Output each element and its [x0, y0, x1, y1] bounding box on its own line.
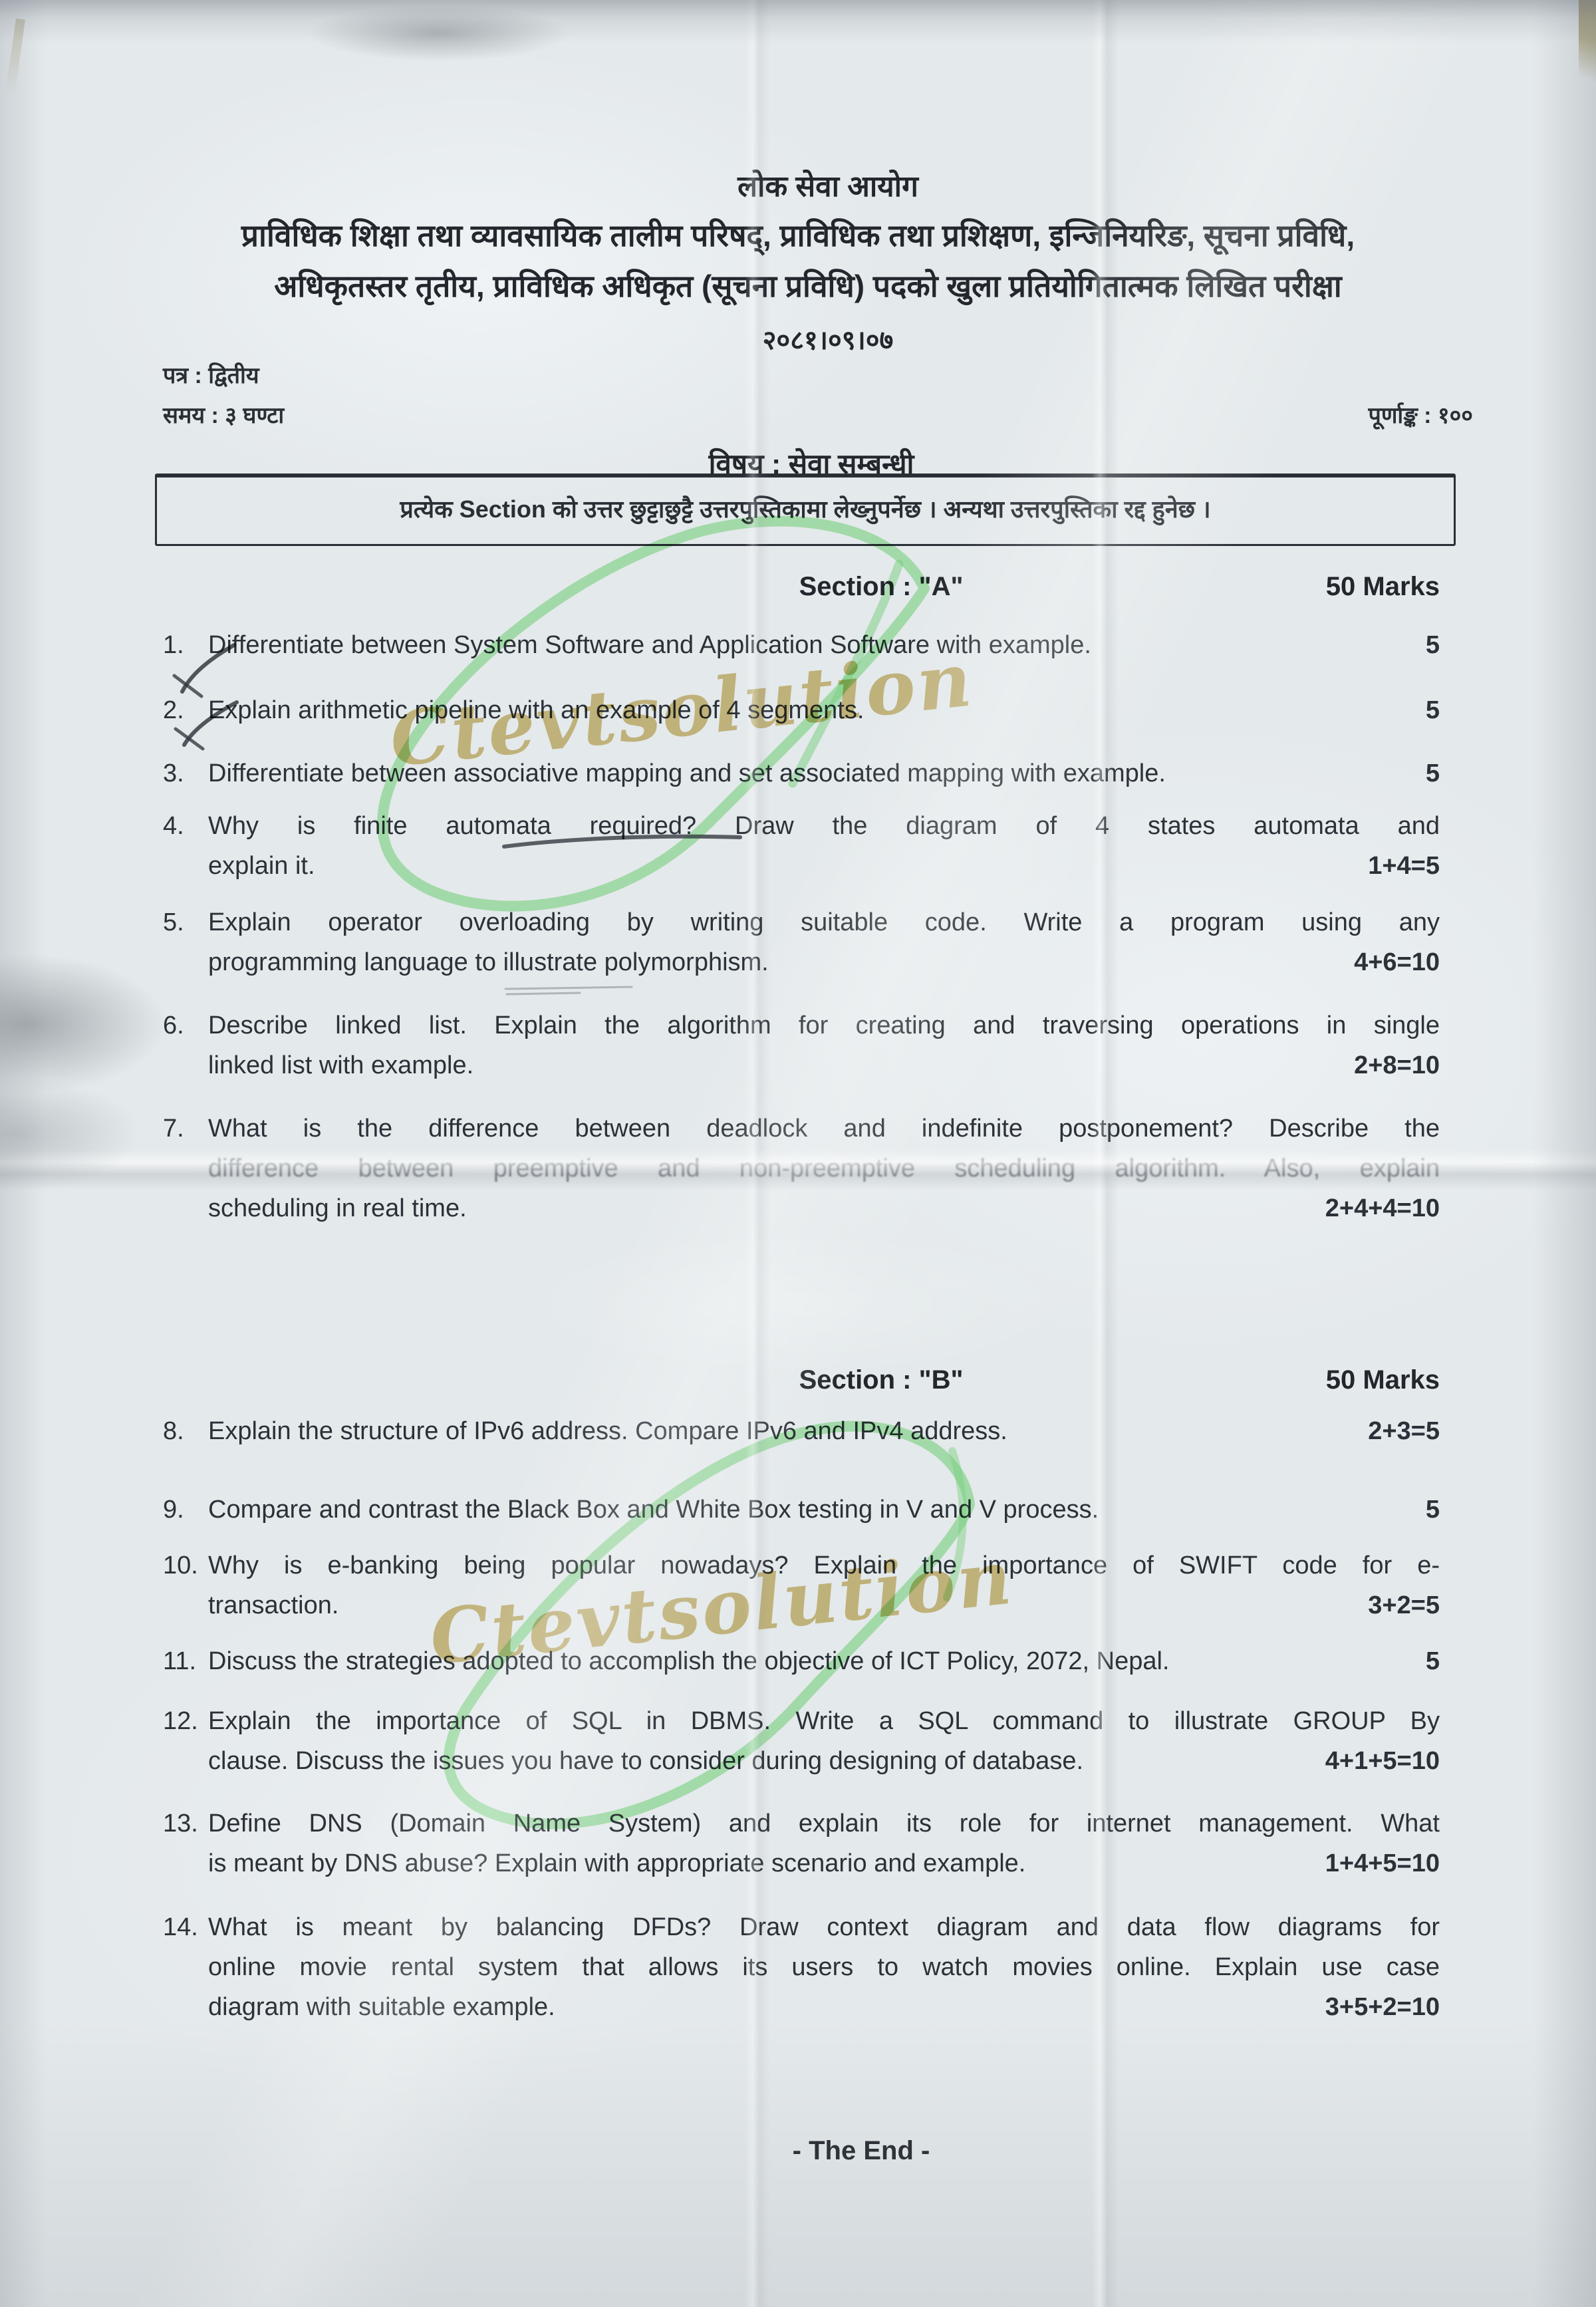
- question-text-line: What is meant by balancing DFDs? Draw co…: [208, 1907, 1440, 1947]
- question-1: 1. Differentiate between System Software…: [163, 625, 1440, 665]
- exam-paper-page: लोक सेवा आयोग प्राविधिक शिक्षा तथा व्याव…: [0, 0, 1596, 2307]
- question-text-line: difference between preemptive and non-pr…: [208, 1149, 1440, 1188]
- exam-body-line: प्राविधिक शिक्षा तथा व्यावसायिक तालीम पर…: [0, 214, 1596, 255]
- question-number: 4.: [163, 806, 184, 846]
- question-number: 6.: [163, 1006, 184, 1045]
- question-text-line: linked list with example.: [208, 1045, 1440, 1085]
- question-text-line: Define DNS (Domain Name System) and expl…: [208, 1804, 1440, 1843]
- question-text-line: Differentiate between associative mappin…: [208, 753, 1440, 793]
- section-b-title: Section : "B": [163, 1360, 1440, 1400]
- full-marks-label: पूर्णाङ्क : १००: [1369, 399, 1473, 430]
- question-9: 9. Compare and contrast the Black Box an…: [163, 1490, 1440, 1530]
- paper-number-label: पत्र : द्वितीय: [163, 359, 259, 390]
- question-text-line: Differentiate between System Software an…: [208, 625, 1440, 665]
- question-text-line: is meant by DNS abuse? Explain with appr…: [208, 1843, 1440, 1883]
- section-a-title: Section : "A": [163, 567, 1440, 607]
- exam-date: २०८१।०९।०७: [0, 321, 1596, 357]
- section-a-header: Section : "A" 50 Marks: [163, 567, 1440, 607]
- instruction-box: प्रत्येक Section को उत्तर छुट्टाछुट्टै उ…: [155, 474, 1456, 546]
- question-text-line: programming language to illustrate polym…: [208, 942, 1440, 982]
- question-3: 3. Differentiate between associative map…: [163, 753, 1440, 793]
- question-marks: 4+6=10: [1354, 942, 1440, 982]
- question-8: 8. Explain the structure of IPv6 address…: [163, 1411, 1440, 1451]
- question-marks: 1+4=5: [1368, 846, 1440, 886]
- paper-corner-shadow: [5, 19, 25, 96]
- question-11: 11. Discuss the strategies adopted to ac…: [163, 1641, 1440, 1681]
- question-marks: 4+1+5=10: [1325, 1741, 1440, 1781]
- question-text-line: scheduling in real time.: [208, 1188, 1440, 1228]
- instruction-pre: प्रत्येक: [400, 495, 459, 523]
- question-number: 14.: [163, 1907, 198, 1947]
- question-text-line: Explain arithmetic pipeline with an exam…: [208, 690, 1440, 730]
- question-number: 10.: [163, 1546, 198, 1585]
- question-13: 13. Define DNS (Domain Name System) and …: [163, 1804, 1440, 1883]
- question-number: 9.: [163, 1490, 184, 1530]
- question-text-line: Explain the importance of SQL in DBMS. W…: [208, 1701, 1440, 1741]
- question-number: 13.: [163, 1804, 198, 1843]
- pen-check-mark: [176, 729, 203, 749]
- question-text-line: Discuss the strategies adopted to accomp…: [208, 1641, 1440, 1681]
- question-marks: 5: [1426, 753, 1440, 793]
- question-number: 12.: [163, 1701, 198, 1741]
- question-text-line: Describe linked list. Explain the algori…: [208, 1006, 1440, 1045]
- question-12: 12. Explain the importance of SQL in DBM…: [163, 1701, 1440, 1781]
- paper-corner-shadow: [1579, 0, 1596, 100]
- question-marks: 5: [1426, 1641, 1440, 1681]
- the-end-label: - The End -: [0, 2136, 1596, 2166]
- question-10: 10. Why is e-banking being popular nowad…: [163, 1546, 1440, 1625]
- org-title: लोक सेवा आयोग: [0, 165, 1596, 205]
- section-b-header: Section : "B" 50 Marks: [163, 1360, 1440, 1400]
- question-text-line: explain it.: [208, 846, 1440, 886]
- instruction-text: प्रत्येक Section को उत्तर छुट्टाछुट्टै उ…: [157, 477, 1454, 544]
- question-text-line: Why is e-banking being popular nowadays?…: [208, 1546, 1440, 1585]
- question-marks: 2+4+4=10: [1325, 1188, 1440, 1228]
- question-marks: 5: [1426, 690, 1440, 730]
- question-number: 7.: [163, 1109, 184, 1149]
- question-number: 2.: [163, 690, 184, 730]
- question-marks: 2+8=10: [1354, 1045, 1440, 1085]
- question-marks: 3+2=5: [1368, 1585, 1440, 1625]
- section-b-marks: 50 Marks: [1326, 1360, 1440, 1400]
- question-text-line: Compare and contrast the Black Box and W…: [208, 1490, 1440, 1530]
- question-7: 7. What is the difference between deadlo…: [163, 1109, 1440, 1228]
- section-a-marks: 50 Marks: [1326, 567, 1440, 607]
- question-text-line: Explain the structure of IPv6 address. C…: [208, 1411, 1440, 1451]
- question-2: 2. Explain arithmetic pipeline with an e…: [163, 690, 1440, 730]
- question-number: 1.: [163, 625, 184, 665]
- exam-post-line: अधिकृतस्तर तृतीय, प्राविधिक अधिकृत (सूचन…: [0, 265, 1596, 306]
- question-text-line: What is the difference between deadlock …: [208, 1109, 1440, 1149]
- instruction-post: को उत्तर छुट्टाछुट्टै उत्तरपुस्तिकामा ले…: [546, 495, 1211, 523]
- question-text-line: clause. Discuss the issues you have to c…: [208, 1741, 1440, 1781]
- question-text-line: Why is finite automata required? Draw th…: [208, 806, 1440, 846]
- question-text-line: Explain operator overloading by writing …: [208, 902, 1440, 942]
- question-number: 11.: [163, 1641, 196, 1681]
- question-4: 4. Why is finite automata required? Draw…: [163, 806, 1440, 886]
- question-marks: 5: [1426, 1490, 1440, 1530]
- question-number: 8.: [163, 1411, 184, 1451]
- question-marks: 5: [1426, 625, 1440, 665]
- time-label: समय : ३ घण्टा: [163, 399, 284, 430]
- instruction-bold-word: Section: [460, 495, 546, 523]
- pen-faint-scribble: [505, 987, 632, 994]
- question-6: 6. Describe linked list. Explain the alg…: [163, 1006, 1440, 1085]
- question-14: 14. What is meant by balancing DFDs? Dra…: [163, 1907, 1440, 2027]
- question-marks: 3+5+2=10: [1325, 1987, 1440, 2027]
- question-text-line: transaction.: [208, 1585, 1440, 1625]
- question-text-line: diagram with suitable example.: [208, 1987, 1440, 2027]
- question-5: 5. Explain operator overloading by writi…: [163, 902, 1440, 982]
- question-text-line: online movie rental system that allows i…: [208, 1947, 1440, 1987]
- question-number: 3.: [163, 753, 184, 793]
- question-marks: 2+3=5: [1368, 1411, 1440, 1451]
- question-number: 5.: [163, 902, 184, 942]
- question-marks: 1+4+5=10: [1325, 1843, 1440, 1883]
